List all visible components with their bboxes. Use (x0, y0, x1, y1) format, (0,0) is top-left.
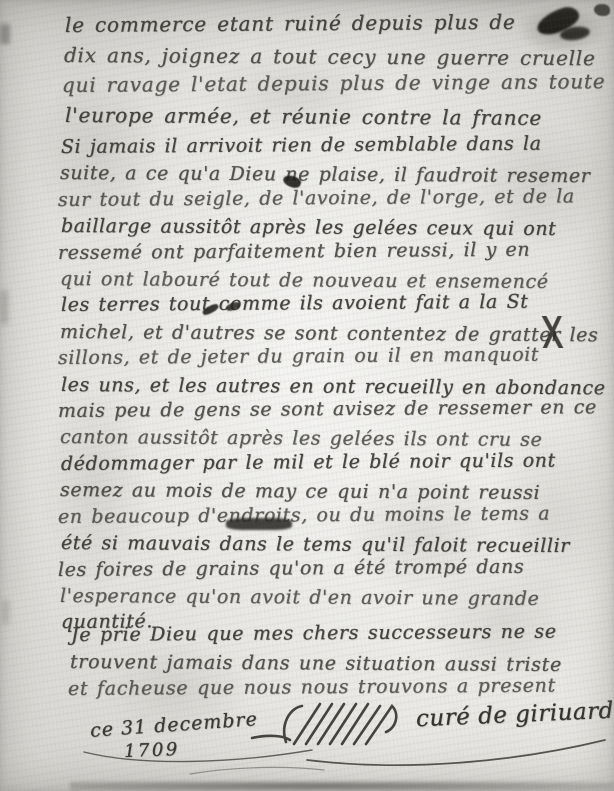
manuscript-line: qui ravage l'etat depuis plus de vinge a… (62, 66, 606, 100)
paragraph-main: Si jamais il arrivoit rien de semblable … (58, 134, 606, 636)
manuscript-line: en beaucoup d'endroits, ou du moins le t… (58, 500, 606, 530)
scan-edge-shadow (70, 781, 614, 791)
date-underline-flourish (80, 744, 320, 770)
date-year: 1709 (124, 739, 181, 762)
edge-speck (0, 290, 8, 324)
paragraph-closing-prayer: Je prie Dieu que mes chers successeurs n… (68, 622, 562, 703)
manuscript-line: l'europe armée, et réunie contre la fran… (65, 100, 606, 133)
manuscript-line: sillons, et de jeter du grain ou il en m… (58, 341, 606, 371)
date-line: ce 31 decembre (89, 708, 258, 742)
secondary-flourish (188, 762, 328, 778)
manuscript-line: le commerce etant ruiné depuis plus de (65, 6, 606, 40)
manuscript-line: les foires de grains qu'on a été trompé … (58, 553, 606, 583)
manuscript-line: Si jamais il arrivoit rien de semblable … (61, 130, 606, 160)
manuscript-line: sur tout du seigle, de l'avoine, de l'or… (58, 183, 606, 213)
signature-underline-flourish (305, 736, 610, 770)
manuscript-line: et facheuse que nous nous trouvons a pre… (68, 673, 562, 703)
paragraph-opening: le commerce etant ruiné depuis plus de d… (62, 10, 606, 130)
manuscript-line: dédommager par le mil et le blé noir qu'… (61, 447, 606, 477)
manuscript-page: le commerce etant ruiné depuis plus de d… (0, 0, 614, 791)
edge-speck (2, 600, 9, 624)
signature-flourish (250, 698, 430, 752)
manuscript-line: ressemé ont parfaitement bien reussi, il… (58, 236, 606, 266)
edge-speck (0, 24, 10, 44)
manuscript-line: les terres tout comme ils avoient fait a… (61, 289, 606, 319)
manuscript-line: mais peu de gens se sont avisez de resse… (58, 394, 606, 424)
manuscript-line: Je prie Dieu que mes chers successeurs n… (71, 619, 562, 649)
